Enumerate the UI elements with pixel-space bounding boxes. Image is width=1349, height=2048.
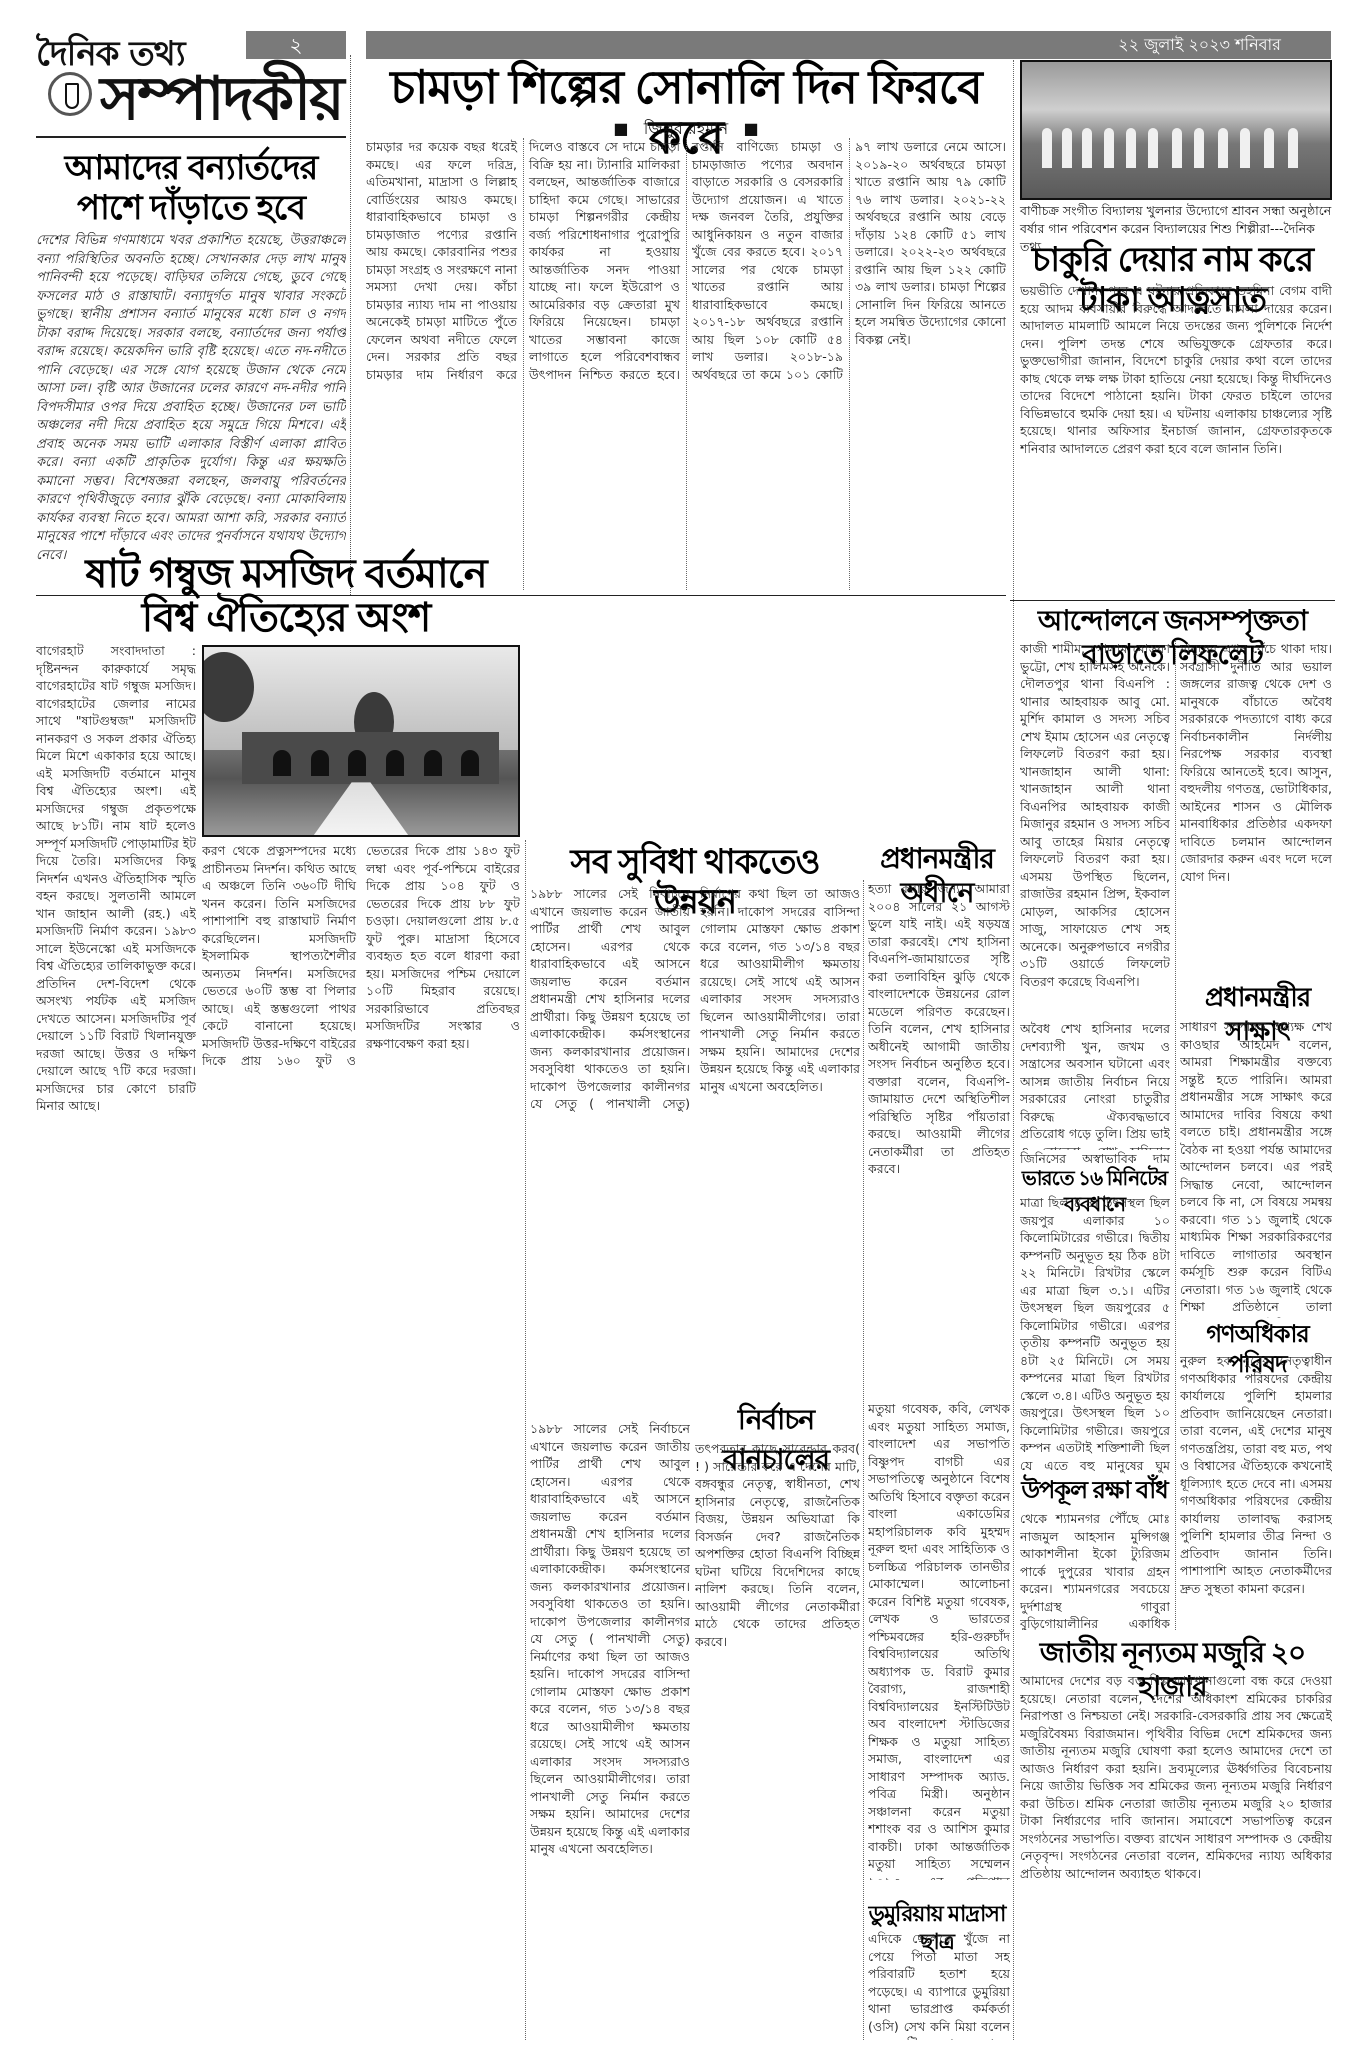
editorial-body: দেশের বিভিন্ন গণমাধ্যমে খবর প্রকাশিত হয়… — [36, 232, 346, 577]
byline-author: জিল্লুর রহমান — [644, 119, 728, 138]
column-rule — [863, 880, 864, 2040]
leaflet-body-col2: মানুষের এখন বেঁচে থাকা দায়। সর্বগ্রাসী … — [1180, 640, 1332, 958]
divider — [1010, 600, 1335, 601]
development-body: ১৯৮৮ সালের সেই নির্বাচনে এখানে জয়লাভ কর… — [530, 885, 860, 1415]
top-bar — [366, 31, 946, 59]
column-rule — [525, 840, 526, 2040]
min-wage-body: আমাদের দেশের বড় বড় শিল্প-কারখানাগুলো ব… — [1020, 1672, 1332, 2042]
bullet-square-icon: ■ — [743, 119, 758, 138]
embankment-headline: উপকূল রক্ষা বাঁধ — [1012, 1476, 1177, 1506]
development-body-cont: ১৯৮৮ সালের সেই নির্বাচনে এখানে জয়লাভ কর… — [530, 1420, 690, 2040]
dumuria-body: এদিকে ছেলেকে খুঁজে না পেয়ে পিতা মাতা সহ… — [868, 1930, 1010, 2040]
gono-odhikar-body: নুরুল হক নুরের নেতৃত্বাধীন গণঅধিকার পরিষ… — [1180, 1352, 1332, 1628]
mosque-body-rest: করণ থেকে প্রত্নসম্পদের মধ্যে প্রাচীনতম ন… — [202, 842, 520, 2037]
matua-body: মতুয়া গবেষক, কবি, লেখক এবং মতুয়া সাহিত… — [868, 1400, 1010, 1880]
job-scam-body: ভয়ভীতি দেখান। পরে এ ঘটনার প্রতিকারে তহম… — [1020, 282, 1332, 592]
embankment-body: থেকে শ্যামনগর পৌঁছে মোঃ নাজমুল আহসান মুন… — [1020, 1510, 1170, 1630]
election-body: তৎপরতার কাছে সারেন্ডার করব( ! ) সারেন্ডা… — [695, 1440, 860, 2040]
leaflet-body-col1: কাজী শামীম, গোলাম মোস্তফা ভুট্টো, শেখ হা… — [1020, 640, 1170, 1020]
column-rule — [350, 55, 351, 595]
leaflet-continued: অবৈধ শেখ হাসিনার দলের দেশব্যাপী খুন, জখম… — [1020, 1020, 1170, 1150]
paper-name: দৈনিক তথ্য — [36, 28, 246, 64]
editorial-headline: আমাদের বন্যার্তদের পাশে দাঁড়াতে হবে — [36, 148, 346, 228]
choir-photo — [1020, 60, 1332, 200]
pm-meeting-body: সাধারণ সম্পাদক অধ্যক্ষ শেখ কাওছার আহমেদ … — [1180, 1018, 1332, 1318]
bullet-square-icon: ■ — [613, 119, 628, 138]
mosque-headline-line2: বিশ্ব ঐতিহ্যের অংশ — [36, 596, 536, 640]
section-title: সম্পাদকীয় — [100, 64, 345, 134]
mosque-headline: ষাট গম্বুজ মসজিদ বর্তমানে বিশ্ব ঐতিহ্যের… — [36, 552, 536, 640]
mosque-body-lead: বাগেরহাট সংবাদদাতা : দৃষ্টিনন্দন কারুকার… — [36, 642, 196, 2037]
pm-under-body: হত্যা করার জন্য। আমারা ২০০৪ সালের ২১ আগস… — [868, 880, 1010, 1400]
india-quake-body: মাত্রা ছিল ৪.৪। উৎসস্থল ছিল জয়পুর এলাকা… — [1020, 1194, 1170, 1474]
pen-emblem-icon — [48, 72, 92, 116]
issue-date: ২২ জুলাই ২০২৩ শনিবার — [946, 31, 1331, 59]
mosque-headline-line1: ষাট গম্বুজ মসজিদ বর্তমানে — [36, 552, 536, 596]
mosque-photo — [202, 645, 520, 837]
lead-body: চামড়ার দর কয়েক বছর ধরেই কমছে। এর ফলে দ… — [366, 138, 1006, 590]
page-number: ২ — [246, 31, 346, 59]
editorial-headline-line1: আমাদের বন্যার্তদের — [36, 148, 346, 188]
column-rule — [1175, 640, 1176, 1630]
section-divider — [36, 136, 346, 138]
editorial-headline-line2: পাশে দাঁড়াতে হবে — [36, 188, 346, 228]
column-rule — [1013, 60, 1014, 2040]
